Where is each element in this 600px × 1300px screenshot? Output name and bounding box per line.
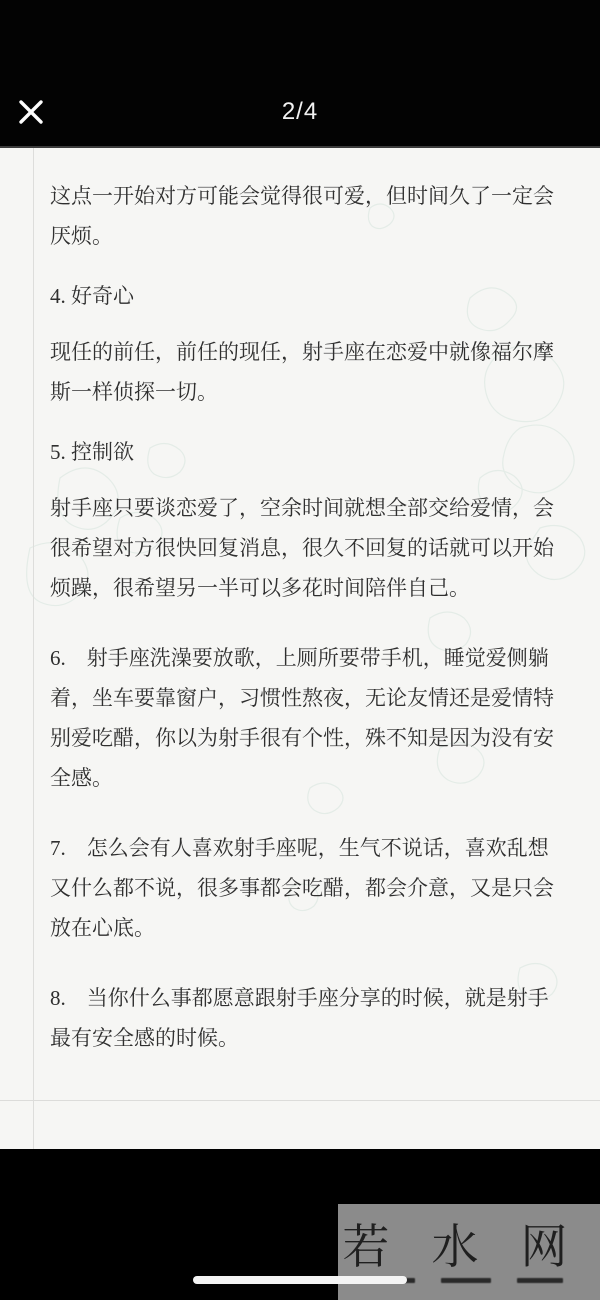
bottom-system-bar: 若水网 (0, 1149, 600, 1300)
document-page[interactable]: 这点一开始对方可能会觉得很可爱，但时间久了一定会厌烦。4. 好奇心现任的前任，前… (0, 148, 600, 1149)
text-line: 烦躁，很希望另一半可以多花时间陪伴自己。 (50, 568, 554, 608)
watermark-subtext-bar (441, 1278, 491, 1283)
section-heading: 4. 好奇心 (50, 276, 554, 316)
page-footer-rule (0, 1100, 600, 1101)
text-line: 最有安全感的时候。 (50, 1018, 554, 1058)
text-line: 全感。 (50, 758, 554, 798)
text-line: 6. 射手座洗澡要放歌，上厕所要带手机，睡觉爱侧躺 (50, 638, 554, 678)
page-margin-line (33, 148, 34, 1149)
paragraph: 射手座只要谈恋爱了，空余时间就想全部交给爱情，会很希望对方很快回复消息，很久不回… (50, 488, 554, 608)
text-line: 厌烦。 (50, 216, 554, 256)
document-body: 这点一开始对方可能会觉得很可爱，但时间久了一定会厌烦。4. 好奇心现任的前任，前… (50, 176, 554, 1058)
paragraph: 7. 怎么会有人喜欢射手座呢，生气不说话，喜欢乱想又什么都不说，很多事都会吃醋，… (50, 828, 554, 948)
section-heading: 5. 控制欲 (50, 432, 554, 472)
paragraph: 现任的前任，前任的现任，射手座在恋爱中就像福尔摩斯一样侦探一切。 (50, 332, 554, 412)
watermark-text: 若水网 (329, 1222, 600, 1272)
text-line: 现任的前任，前任的现任，射手座在恋爱中就像福尔摩 (50, 332, 554, 372)
page-indicator: 2/4 (0, 98, 600, 126)
text-line: 这点一开始对方可能会觉得很可爱，但时间久了一定会 (50, 176, 554, 216)
watermark-badge: 若水网 (338, 1204, 600, 1300)
paragraph: 6. 射手座洗澡要放歌，上厕所要带手机，睡觉爱侧躺着，坐车要靠窗户，习惯性熬夜，… (50, 638, 554, 798)
paragraph: 8. 当你什么事都愿意跟射手座分享的时候，就是射手最有安全感的时候。 (50, 978, 554, 1058)
text-line: 着，坐车要靠窗户，习惯性熬夜，无论友情还是爱情特 (50, 678, 554, 718)
paragraph: 这点一开始对方可能会觉得很可爱，但时间久了一定会厌烦。 (50, 176, 554, 256)
text-line: 射手座只要谈恋爱了，空余时间就想全部交给爱情，会 (50, 488, 554, 528)
text-line: 又什么都不说，很多事都会吃醋，都会介意，又是只会 (50, 868, 554, 908)
text-line: 放在心底。 (50, 908, 554, 948)
text-line: 7. 怎么会有人喜欢射手座呢，生气不说话，喜欢乱想 (50, 828, 554, 868)
text-line: 别爱吃醋，你以为射手很有个性，殊不知是因为没有安 (50, 718, 554, 758)
text-line: 4. 好奇心 (50, 276, 554, 316)
text-line: 很希望对方很快回复消息，很久不回复的话就可以开始 (50, 528, 554, 568)
home-indicator[interactable] (193, 1276, 407, 1284)
viewer-header: 2/4 (0, 0, 600, 148)
text-line: 8. 当你什么事都愿意跟射手座分享的时候，就是射手 (50, 978, 554, 1018)
image-viewer-screen: 2/4 这点一开始对方可能会觉得很可爱，但时间久了一定会厌烦。4. 好奇心现任的… (0, 0, 600, 1300)
watermark-subtext-bar (517, 1278, 563, 1283)
text-line: 斯一样侦探一切。 (50, 372, 554, 412)
text-line: 5. 控制欲 (50, 432, 554, 472)
